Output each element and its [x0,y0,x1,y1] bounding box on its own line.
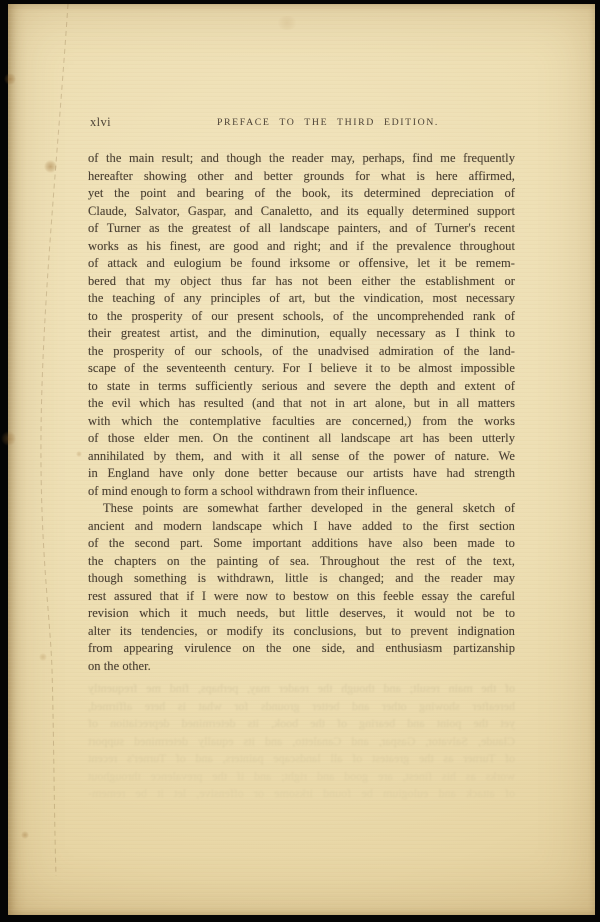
show-through-line: of the main result; and though the reade… [88,680,515,698]
text-line: from appearing virulence on the one side… [88,640,515,658]
show-through-line: of Turner as the greatest of all landsca… [88,750,515,768]
foxing-stain [1,431,16,446]
text-line: their greatest artist, and the diminutio… [88,325,515,343]
foxing-stain [76,451,82,457]
paper-smudge [276,16,298,30]
text-line: the chapters on the painting of sea. Thr… [88,553,515,571]
text-line: These points are somewhat farther develo… [88,500,515,518]
text-line: works as his finest, are good and right;… [88,238,515,256]
text-line: of the main result; and though the reade… [88,150,515,168]
running-title: PREFACE TO THE THIRD EDITION. [206,117,450,128]
text-line: of Turner as the greatest of all landsca… [88,220,515,238]
text-line: alter its tendencies, or modify its conc… [88,623,515,641]
foxing-stain [4,73,16,85]
foxing-stain [21,831,29,839]
book-page: xlvi PREFACE TO THE THIRD EDITION. of th… [8,4,595,915]
text-line: on the other. [88,658,515,676]
show-through-line: yet the point and bearing of the book, i… [88,715,515,733]
show-through-line: hereafter showing other and better groun… [88,698,515,716]
show-through-line: of attack and eulogium be found irksome … [88,785,515,803]
page-header: xlvi PREFACE TO THE THIRD EDITION. [88,114,515,130]
text-line: scape of the seventeenth century. For I … [88,360,515,378]
text-line: of those elder men. On the continent all… [88,430,515,448]
scanned-book-photo: { "page": { "page_number": "xlvi", "head… [0,0,600,922]
foxing-stain [39,653,47,661]
text-line: annihilated by them, and with it all sen… [88,448,515,466]
text-line: the prosperity of our schools, of the un… [88,343,515,361]
text-line: yet the point and bearing of the book, i… [88,185,515,203]
text-line: in England have only done better because… [88,465,515,483]
text-line: ancient and modern landscape which I hav… [88,518,515,536]
text-line: revision which it much needs, but little… [88,605,515,623]
text-line: of attack and eulogium be found irksome … [88,255,515,273]
show-through-line: Claude, Salvator, Gaspar, and Canaletto,… [88,733,515,751]
text-line: hereafter showing other and better groun… [88,168,515,186]
text-line: of the second part. Some important addit… [88,535,515,553]
text-line: Claude, Salvator, Gaspar, and Canaletto,… [88,203,515,221]
text-line: the evil which has resulted (and that no… [88,395,515,413]
text-line: though something is withdrawn, little is… [88,570,515,588]
page-number: xlvi [90,115,111,130]
text-line: rest assured that if I were now to besto… [88,588,515,606]
text-line: the teaching of any principles of art, b… [88,290,515,308]
text-line: with which the contemplative faculties a… [88,413,515,431]
text-line: of mind enough to form a school withdraw… [88,483,515,501]
text-line: to the prosperity of our present schools… [88,308,515,326]
body-text: of the main result; and though the reade… [88,150,515,675]
text-line: bered that my object thus far has not be… [88,273,515,291]
show-through-line: works as his finest, are good and right;… [88,768,515,786]
foxing-stain [44,160,57,173]
text-line: to state in terms sufficiently serious a… [88,378,515,396]
show-through-text: of the main result; and though the reade… [88,680,515,803]
